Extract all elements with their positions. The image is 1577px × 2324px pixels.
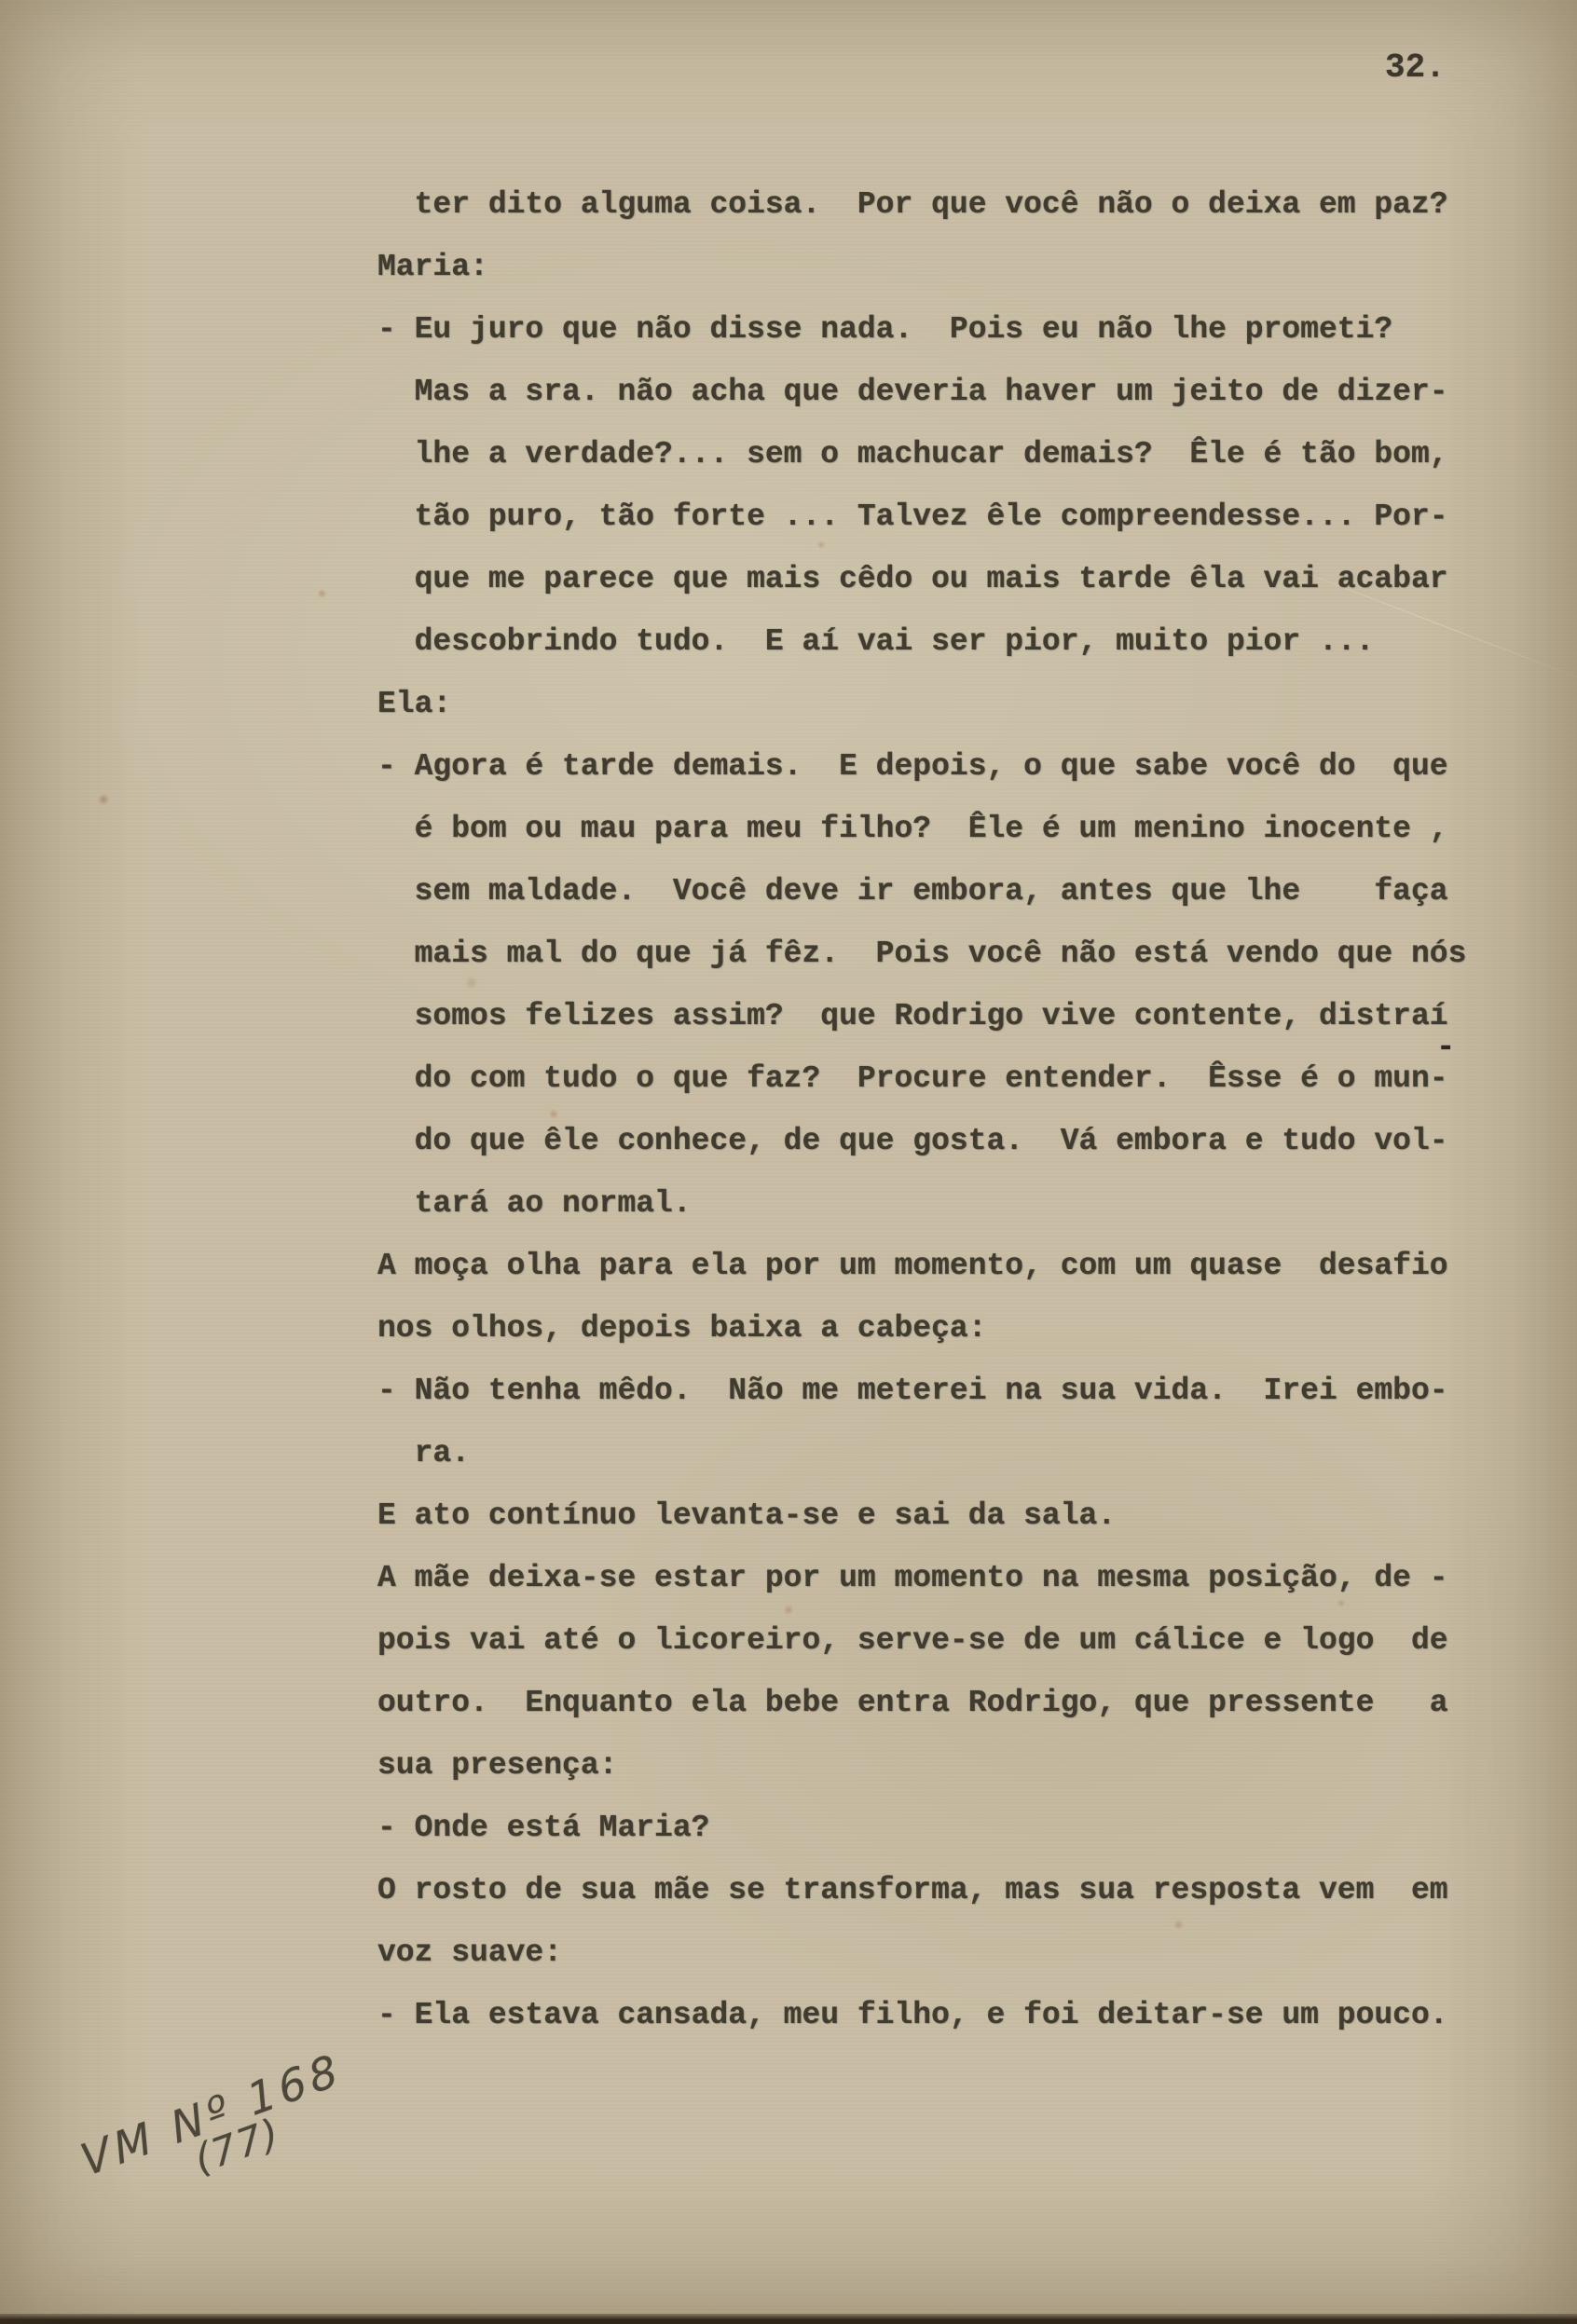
text-line: lhe a verdade?... sem o machucar demais?… bbox=[377, 423, 1466, 485]
text-line: A mãe deixa-se estar por um momento na m… bbox=[377, 1547, 1466, 1609]
text-line: ra. bbox=[377, 1422, 1466, 1484]
text-line: descobrindo tudo. E aí vai ser pior, mui… bbox=[377, 610, 1466, 673]
text-line: - Ela estava cansada, meu filho, e foi d… bbox=[377, 1984, 1466, 2046]
manuscript-page: 32. ter dito alguma coisa. Por que você … bbox=[0, 0, 1577, 2324]
text-line: outro. Enquanto ela bebe entra Rodrigo, … bbox=[377, 1672, 1466, 1734]
text-line: mais mal do que já fêz. Pois você não es… bbox=[377, 923, 1466, 985]
text-line: sua presença: bbox=[377, 1734, 1466, 1797]
text-line: tão puro, tão forte ... Talvez êle compr… bbox=[377, 485, 1466, 548]
text-line: - Agora é tarde demais. E depois, o que … bbox=[377, 735, 1466, 798]
overflow-hyphen: - bbox=[1436, 1031, 1455, 1066]
paper-stain bbox=[317, 589, 327, 598]
text-line: - Eu juro que não disse nada. Pois eu nã… bbox=[377, 298, 1466, 361]
text-line: Mas a sra. não acha que deveria haver um… bbox=[377, 361, 1466, 423]
text-line: Maria: bbox=[377, 236, 1466, 298]
text-line: do que êle conhece, de que gosta. Vá emb… bbox=[377, 1110, 1466, 1172]
text-line: sem maldade. Você deve ir embora, antes … bbox=[377, 860, 1466, 923]
text-line: que me parece que mais cêdo ou mais tard… bbox=[377, 548, 1466, 610]
text-line: do com tudo o que faz? Procure entender.… bbox=[377, 1047, 1466, 1110]
text-line: somos felizes assim? que Rodrigo vive co… bbox=[377, 985, 1466, 1047]
text-line: Ela: bbox=[377, 673, 1466, 735]
text-line: pois vai até o licoreiro, serve-se de um… bbox=[377, 1609, 1466, 1672]
typewritten-text: ter dito alguma coisa. Por que você não … bbox=[377, 173, 1466, 2046]
handwritten-annotation: VM Nº 168 (77) bbox=[76, 2047, 356, 2218]
text-line: tará ao normal. bbox=[377, 1172, 1466, 1235]
text-line: - Não tenha mêdo. Não me meterei na sua … bbox=[377, 1360, 1466, 1422]
text-line: é bom ou mau para meu filho? Êle é um me… bbox=[377, 798, 1466, 860]
text-line: A moça olha para ela por um momento, com… bbox=[377, 1235, 1466, 1297]
text-line: ter dito alguma coisa. Por que você não … bbox=[377, 173, 1466, 236]
scan-edge bbox=[0, 2314, 1577, 2324]
text-line: nos olhos, depois baixa a cabeça: bbox=[377, 1297, 1466, 1360]
paper-stain bbox=[97, 794, 110, 805]
text-line: E ato contínuo levanta-se e sai da sala. bbox=[377, 1484, 1466, 1547]
text-line: voz suave: bbox=[377, 1921, 1466, 1984]
text-line: - Onde está Maria? bbox=[377, 1797, 1466, 1859]
page-number: 32. bbox=[1385, 48, 1446, 87]
text-line: O rosto de sua mãe se transforma, mas su… bbox=[377, 1859, 1466, 1921]
